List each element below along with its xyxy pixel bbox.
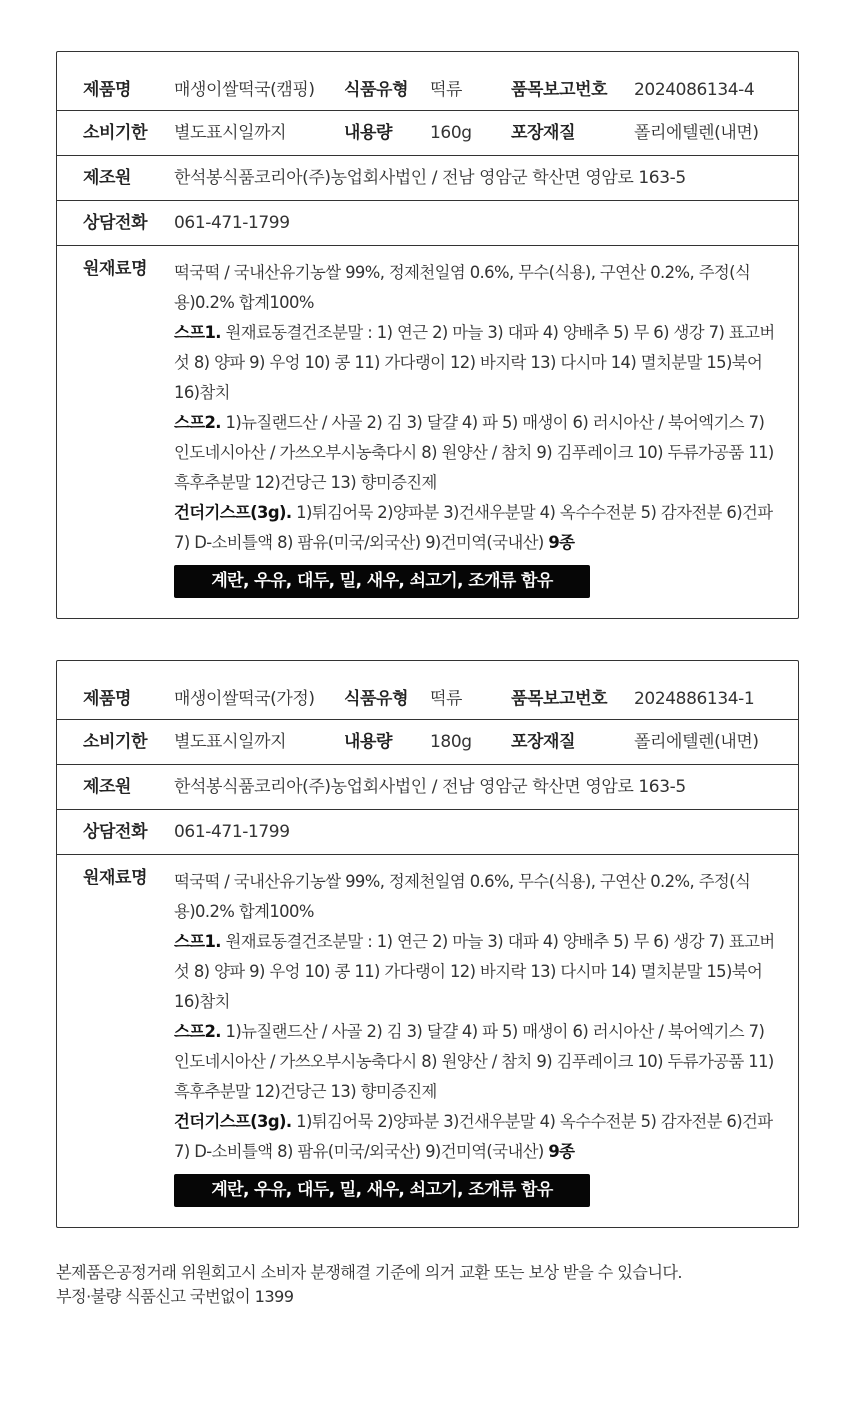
label-expiry: 소비기한 [83, 122, 147, 144]
value-product-name: 매생이쌀떡국(캠핑) [174, 79, 315, 101]
soup2-text: 1)뉴질랜드산 / 사골 2) 김 3) 달걀 4) 파 5) 매생이 6) 러… [174, 1022, 774, 1101]
ingredients-base: 떡국떡 / 국내산유기농쌀 99%, 정제천일염 0.6%, 무수(식용), 구… [174, 867, 784, 927]
product-info-card-camping: 제품명 매생이쌀떡국(캠핑) 식품유형 떡류 품목보고번호 2024086134… [56, 51, 799, 619]
allergen-badge: 계란, 우유, 대두, 밀, 새우, 쇠고기, 조개류 함유 [174, 565, 590, 598]
soup1-title: 스프1. [174, 932, 221, 951]
value-food-type: 떡류 [430, 79, 462, 101]
row-expiry: 소비기한 별도표시일까지 내용량 160g 포장재질 폴리에텔렌(내면) [57, 110, 798, 156]
label-phone: 상담전화 [83, 212, 147, 234]
row-phone: 상담전화 061-471-1799 [57, 200, 798, 246]
value-report-number: 2024086134-4 [634, 79, 754, 101]
soup2-title: 스프2. [174, 1022, 221, 1041]
soup1-text: 원재료동결건조분말 : 1) 연근 2) 마늘 3) 대파 4) 양배추 5) … [174, 932, 775, 1011]
value-packaging: 폴리에텔렌(내면) [634, 122, 759, 144]
garnish-title: 건더기스프(3g). [174, 1112, 292, 1131]
ingredients-garnish: 건더기스프(3g). 1)튀김어묵 2)양파분 3)건새우분말 4) 옥수수전분… [174, 1107, 784, 1167]
row-product-name: 제품명 매생이쌀떡국(가정) 식품유형 떡류 품목보고번호 2024886134… [57, 661, 798, 720]
label-food-type: 식품유형 [344, 688, 408, 710]
ingredients-soup2: 스프2. 1)뉴질랜드산 / 사골 2) 김 3) 달걀 4) 파 5) 매생이… [174, 408, 784, 498]
label-phone: 상담전화 [83, 821, 147, 843]
ingredients-soup2: 스프2. 1)뉴질랜드산 / 사골 2) 김 3) 달걀 4) 파 5) 매생이… [174, 1017, 784, 1107]
row-manufacturer: 제조원 한석봉식품코리아(주)농업회사법인 / 전남 영암군 학산면 영암로 1… [57, 764, 798, 810]
value-manufacturer: 한석봉식품코리아(주)농업회사법인 / 전남 영암군 학산면 영암로 163-5 [174, 776, 686, 798]
garnish-count: 9종 [548, 533, 574, 552]
row-expiry: 소비기한 별도표시일까지 내용량 180g 포장재질 폴리에텔렌(내면) [57, 719, 798, 765]
soup1-title: 스프1. [174, 323, 221, 342]
legal-notice: 본제품은공정거래 위원회고시 소비자 분쟁해결 기준에 의거 교환 또는 보상 … [56, 1261, 816, 1309]
product-info-card-home: 제품명 매생이쌀떡국(가정) 식품유형 떡류 품목보고번호 2024886134… [56, 660, 799, 1228]
value-phone: 061-471-1799 [174, 821, 290, 843]
label-report-number: 품목보고번호 [511, 79, 607, 101]
value-product-name: 매생이쌀떡국(가정) [174, 688, 315, 710]
value-volume: 180g [430, 731, 472, 753]
value-expiry: 별도표시일까지 [174, 731, 286, 753]
label-ingredients: 원재료명 [83, 258, 147, 280]
soup2-text: 1)뉴질랜드산 / 사골 2) 김 3) 달걀 4) 파 5) 매생이 6) 러… [174, 413, 774, 492]
ingredients-soup1: 스프1. 원재료동결건조분말 : 1) 연근 2) 마늘 3) 대파 4) 양배… [174, 318, 784, 408]
label-volume: 내용량 [344, 122, 392, 144]
soup2-title: 스프2. [174, 413, 221, 432]
ingredients-text: 떡국떡 / 국내산유기농쌀 99%, 정제천일염 0.6%, 무수(식용), 구… [174, 867, 784, 1167]
label-ingredients: 원재료명 [83, 867, 147, 889]
label-product-name: 제품명 [83, 688, 131, 710]
value-manufacturer: 한석봉식품코리아(주)농업회사법인 / 전남 영암군 학산면 영암로 163-5 [174, 167, 686, 189]
value-food-type: 떡류 [430, 688, 462, 710]
label-manufacturer: 제조원 [83, 776, 131, 798]
value-packaging: 폴리에텔렌(내면) [634, 731, 759, 753]
label-packaging: 포장재질 [511, 731, 575, 753]
label-report-number: 품목보고번호 [511, 688, 607, 710]
label-food-type: 식품유형 [344, 79, 408, 101]
ingredients-base: 떡국떡 / 국내산유기농쌀 99%, 정제천일염 0.6%, 무수(식용), 구… [174, 258, 784, 318]
label-volume: 내용량 [344, 731, 392, 753]
label-product-name: 제품명 [83, 79, 131, 101]
label-expiry: 소비기한 [83, 731, 147, 753]
value-expiry: 별도표시일까지 [174, 122, 286, 144]
ingredients-soup1: 스프1. 원재료동결건조분말 : 1) 연근 2) 마늘 3) 대파 4) 양배… [174, 927, 784, 1017]
ingredients-garnish: 건더기스프(3g). 1)튀김어묵 2)양파분 3)건새우분말 4) 옥수수전분… [174, 498, 784, 558]
soup1-text: 원재료동결건조분말 : 1) 연근 2) 마늘 3) 대파 4) 양배추 5) … [174, 323, 775, 402]
value-report-number: 2024886134-1 [634, 688, 754, 710]
label-manufacturer: 제조원 [83, 167, 131, 189]
row-product-name: 제품명 매생이쌀떡국(캠핑) 식품유형 떡류 품목보고번호 2024086134… [57, 52, 798, 111]
garnish-title: 건더기스프(3g). [174, 503, 292, 522]
value-phone: 061-471-1799 [174, 212, 290, 234]
notice-compensation: 본제품은공정거래 위원회고시 소비자 분쟁해결 기준에 의거 교환 또는 보상 … [56, 1261, 816, 1285]
label-packaging: 포장재질 [511, 122, 575, 144]
value-volume: 160g [430, 122, 472, 144]
row-manufacturer: 제조원 한석봉식품코리아(주)농업회사법인 / 전남 영암군 학산면 영암로 1… [57, 155, 798, 201]
ingredients-text: 떡국떡 / 국내산유기농쌀 99%, 정제천일염 0.6%, 무수(식용), 구… [174, 258, 784, 558]
allergen-badge: 계란, 우유, 대두, 밀, 새우, 쇠고기, 조개류 함유 [174, 1174, 590, 1207]
garnish-count: 9종 [548, 1142, 574, 1161]
row-phone: 상담전화 061-471-1799 [57, 809, 798, 855]
notice-report-hotline: 부정·불량 식품신고 국번없이 1399 [56, 1285, 816, 1309]
